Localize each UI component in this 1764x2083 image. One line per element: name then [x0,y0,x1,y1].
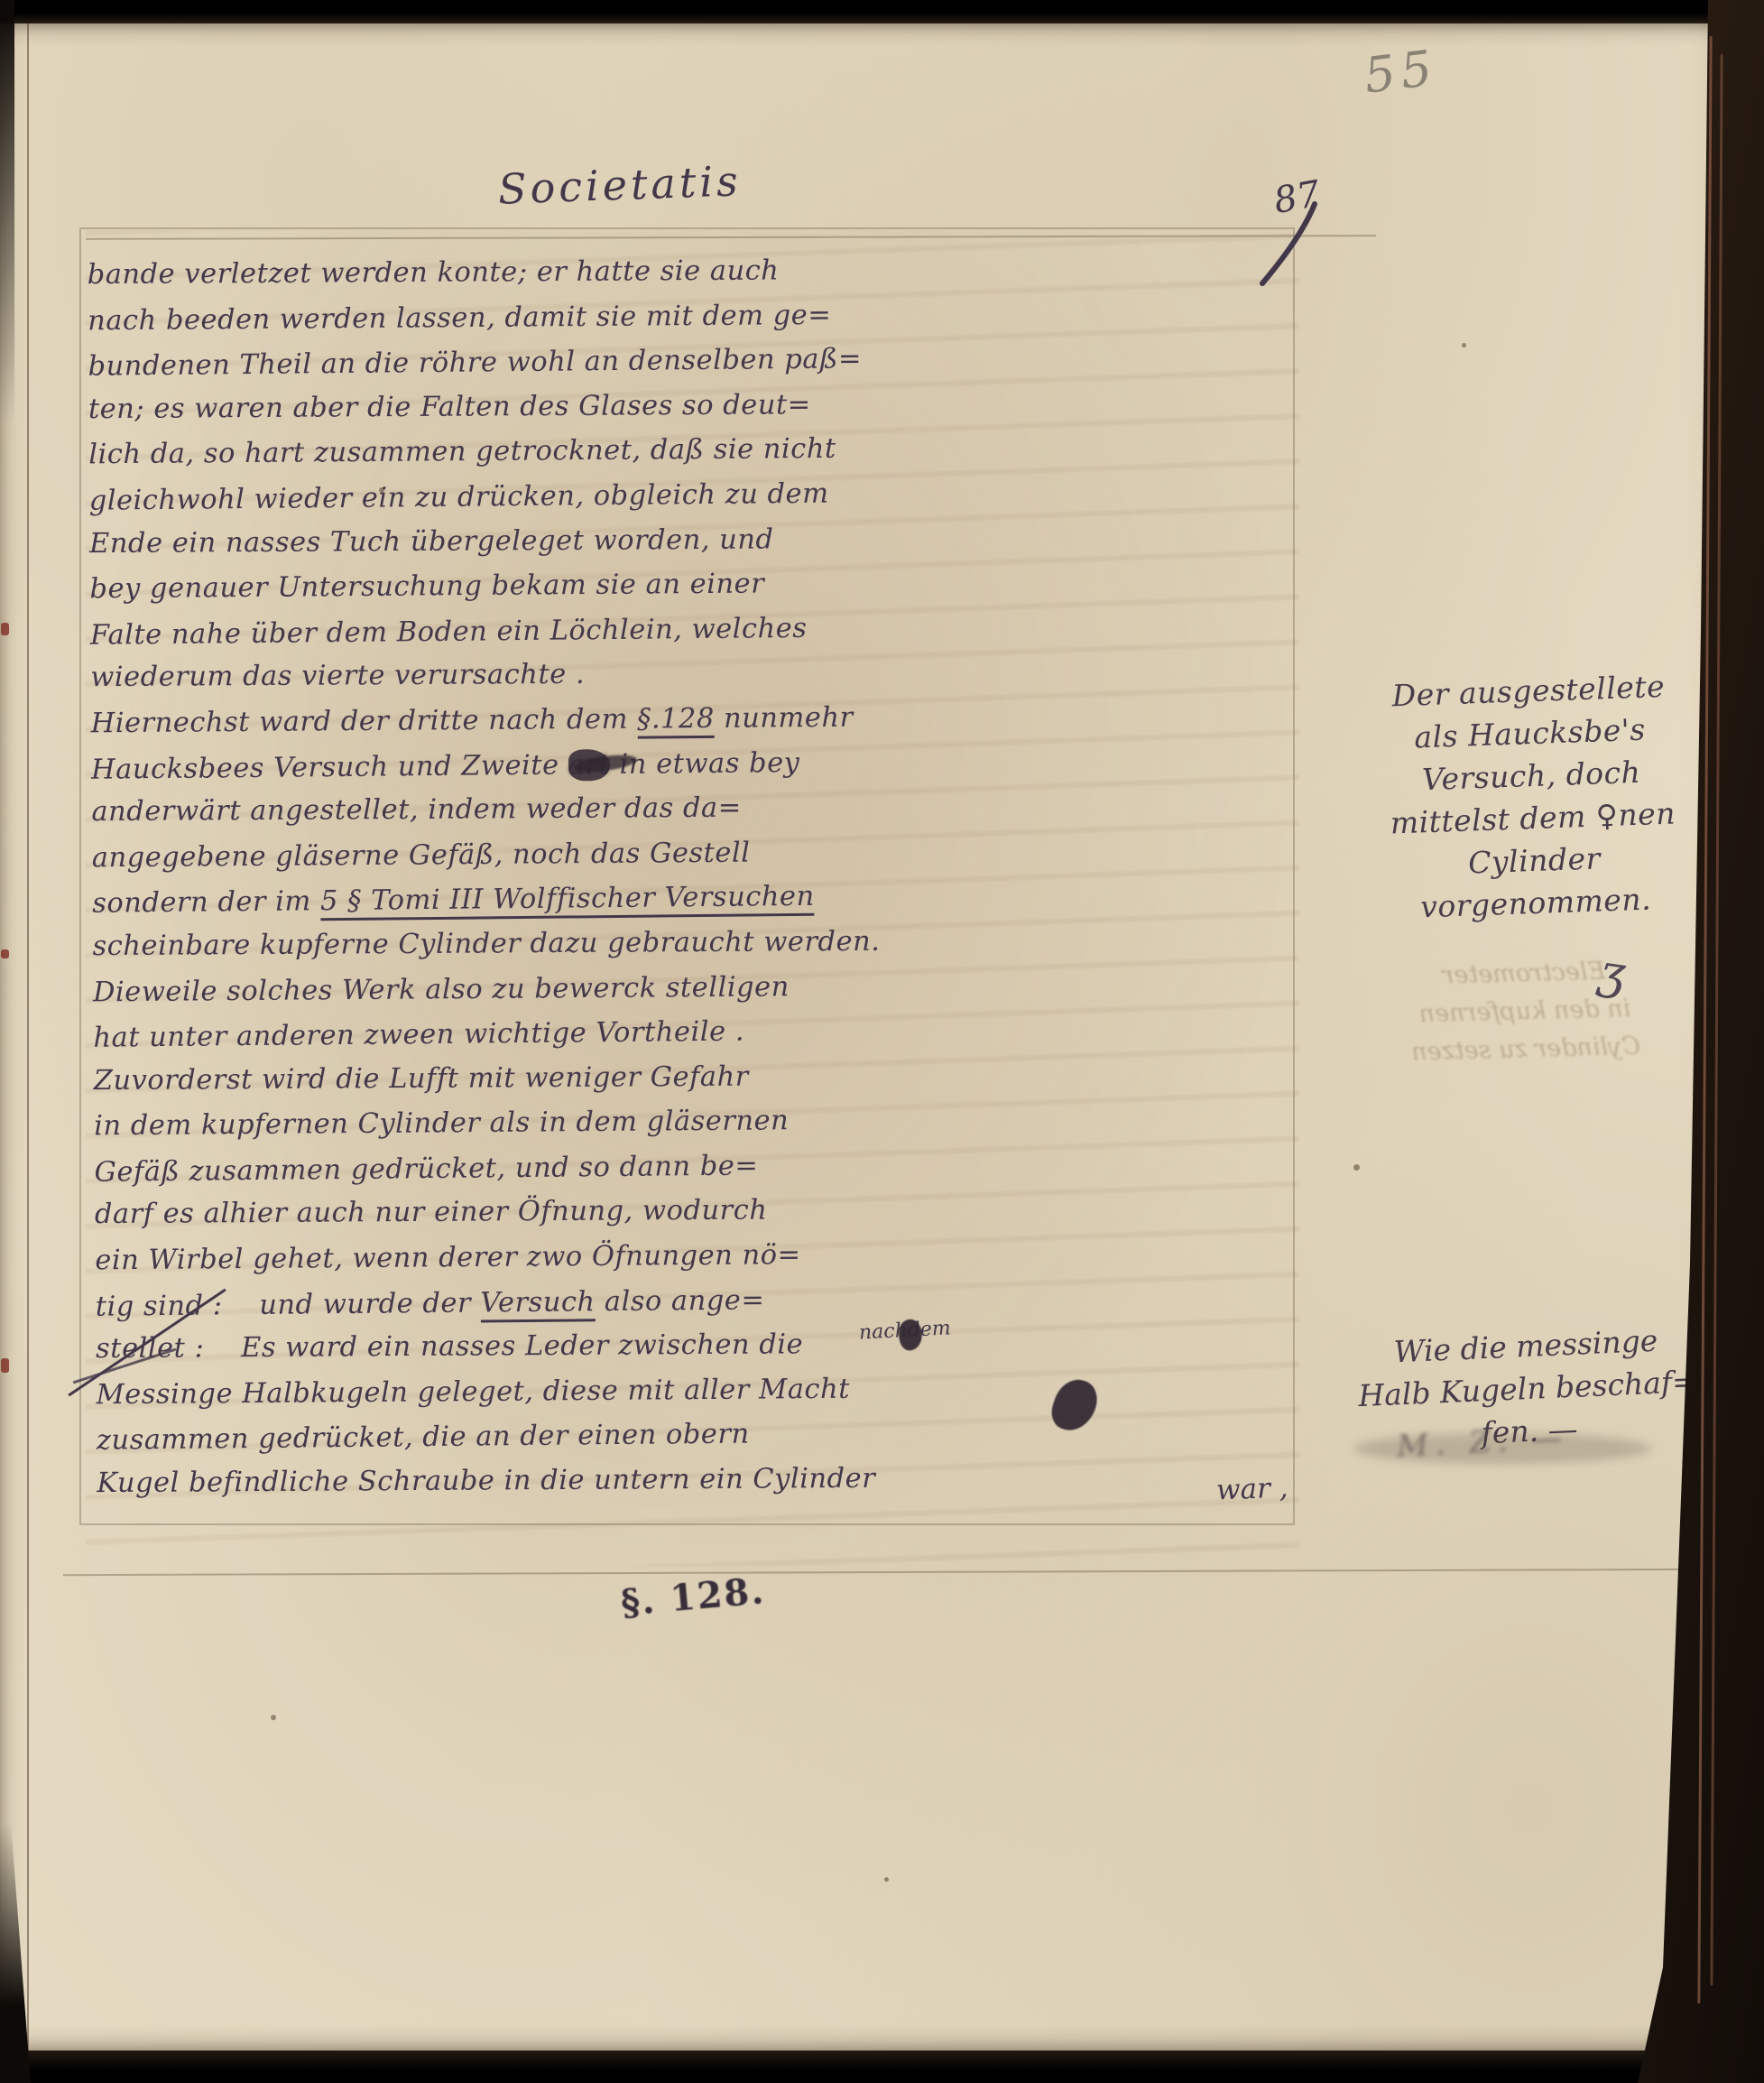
manuscript-text: bande verletzet werden konte; er hatte s… [88,245,1321,1507]
paper-fleck [271,1715,276,1720]
underlined-reference: Versuch [480,1286,596,1322]
manuscript-line: ten; es waren aber die Falten des Glases… [88,380,1312,432]
book-edge-mark [1,623,9,635]
pencil-page-number: 55 [1361,39,1440,104]
manuscript-line: scheinbare kupferne Cylinder dazu gebrau… [92,917,1316,969]
manuscript-line: wiederum das vierte verursachte . [90,648,1314,700]
paper-fleck [379,487,384,493]
paper-fleck [1353,1164,1360,1171]
manuscript-line: Zuvorderst wird die Lufft mit weniger Ge… [94,1051,1317,1104]
book-edge-mark [1,1358,9,1373]
manuscript-line: darf es alhier auch nur einer Öfnung, wo… [95,1185,1318,1237]
gutter-line [27,23,29,2051]
paper-fleck [884,1877,889,1882]
scan-border-top [0,0,1764,23]
bleedthrough-note: Electrometerin den kupfernenCylinder zu … [1343,950,1706,1073]
scanned-page-background: { "document": { "pencil_page_number": "5… [0,0,1764,2083]
manuscript-line: Kugel befindliche Schraube in die untern… [97,1454,1320,1506]
paper-fleck [1462,343,1466,347]
underlined-reference: §.128 [637,703,715,739]
margin-note-primary: Der ausgestelleteals Haucksbe'sVersuch, … [1329,662,1735,930]
catchword: war , [1215,1472,1288,1507]
page-heading: Societatis [497,156,742,213]
underlined-reference: 5 § Tomi III Wolffischer Versuchen [320,881,815,921]
book-edge-mark [1,949,9,958]
manuscript-line: anderwärt angestellet, indem weder das d… [91,782,1315,835]
manuscript-line: Ende ein nasses Tuch übergeleget worden,… [89,514,1313,566]
scan-border-bottom [0,2051,1764,2083]
manuscript-line: bande verletzet werden konte; er hatte s… [88,245,1311,298]
scan-border-left-top [0,0,14,424]
manuscript-line: stellet : Es ward ein nasses Leder zwisc… [96,1319,1319,1372]
